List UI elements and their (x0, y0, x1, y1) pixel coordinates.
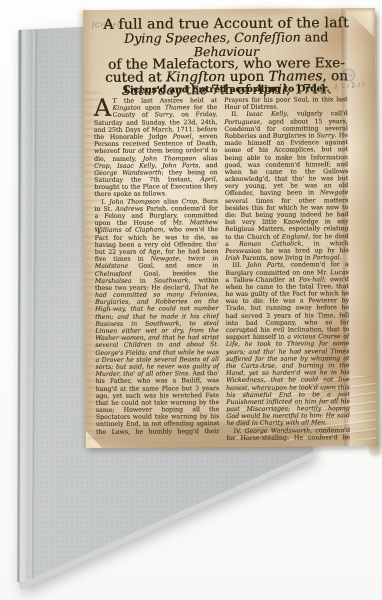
license-line: Licens'd and Entred according to Order. (98, 84, 356, 96)
body-text-two-columns: AT the last Assizes held at Kingston upo… (94, 96, 350, 445)
intro-paragraph: AT the last Assizes held at Kingston upo… (94, 97, 218, 198)
drop-cap: A (94, 98, 113, 119)
section-2-isaac-kelly: II. Isaac Kelly, vulgarly call'd Portugu… (224, 111, 349, 263)
photo-of-antique-broadside: [Crime] A full and true Account of the l… (0, 0, 382, 600)
board-left-edge-shading (17, 30, 31, 582)
broadside-document: [Crime] A full and true Account of the l… (83, 8, 378, 448)
section-3-john-parts: III. John Parts, condemn'd for a Burglar… (225, 261, 350, 427)
